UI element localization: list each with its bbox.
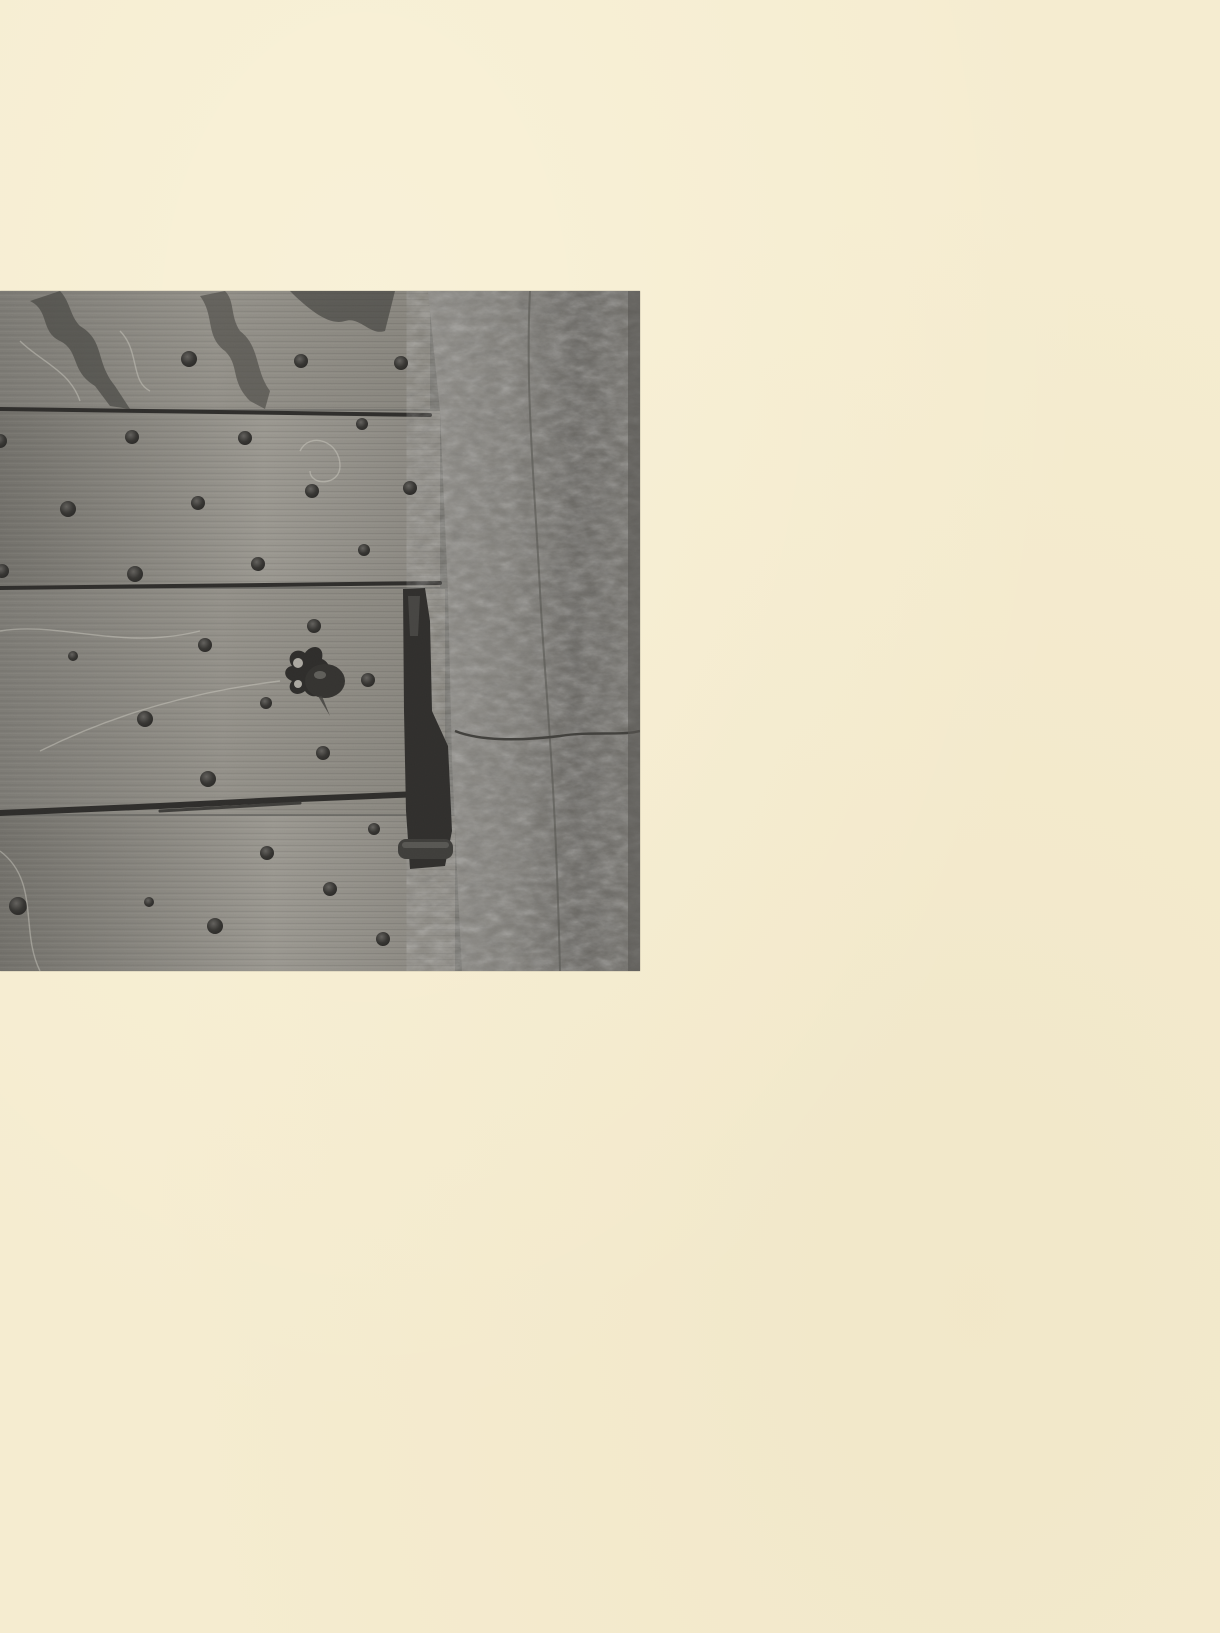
door-photo-svg xyxy=(0,291,640,971)
door-photograph xyxy=(0,291,640,971)
